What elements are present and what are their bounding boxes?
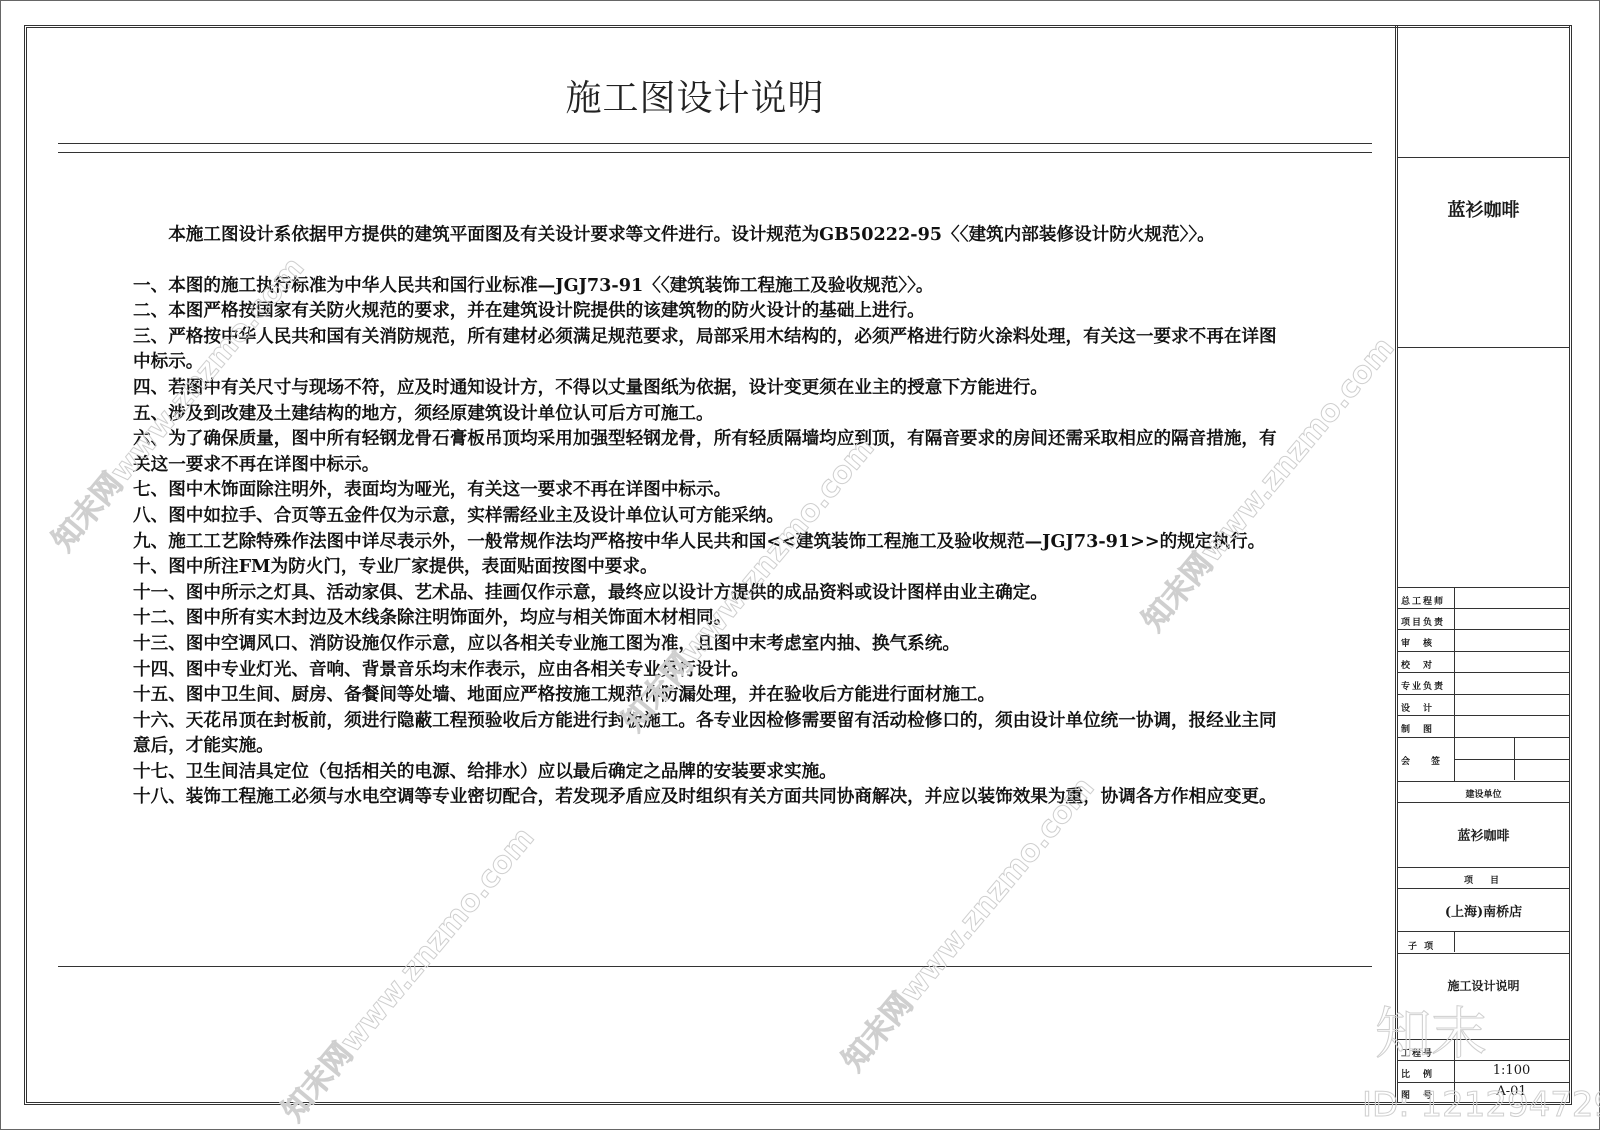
- logo-cell: [1398, 26, 1569, 158]
- title-rule-bottom: [58, 152, 1372, 153]
- title-rule-top: [58, 143, 1372, 144]
- scale-row: 比 例 1:100: [1398, 1061, 1569, 1083]
- note-item: 十三、图中空调风口、消防设施仅作示意，应以各相关专业施工图为准，且图中末考虑室内…: [133, 631, 1283, 657]
- countersign-row: 会 签: [1398, 738, 1569, 782]
- sign-row: 制 图: [1398, 716, 1569, 738]
- note-item: 一、本图的施工执行标准为中华人民共和国行业标准—JGJ73-91〈〈建筑装饰工程…: [133, 273, 1283, 299]
- note-item: 七、图中木饰面除注明外，表面均为哑光，有关这一要求不再在详图中标示。: [133, 477, 1283, 503]
- note-item: 十一、图中所示之灯具、活动家俱、艺术品、挂画仅作示意，最终应以设计方提供的成品资…: [133, 580, 1283, 606]
- construction-unit-label-cell: 建设单位: [1398, 782, 1569, 803]
- intro-paragraph: 本施工图设计系依据甲方提供的建筑平面图及有关设计要求等文件进行。设计规范为GB5…: [133, 222, 1283, 248]
- note-item: 十八、装饰工程施工必须与水电空调等专业密切配合，若发现矛盾应及时组织有关方面共同…: [133, 784, 1283, 810]
- sheet-no-row: 图 号 A-01: [1398, 1083, 1569, 1103]
- note-item: 十二、图中所有实木封边及木线条除注明饰面外，均应与相关饰面木材相同。: [133, 605, 1283, 631]
- note-item: 三、严格按中华人民共和国有关消防规范，所有建材必须满足规范要求，局部采用木结构的…: [133, 324, 1283, 375]
- project-value: (上海)南桥店: [1398, 901, 1569, 920]
- sign-row: 审 核: [1398, 630, 1569, 652]
- note-item: 十五、图中卫生间、厨房、备餐间等处墙、地面应严格按施工规范作防漏处理，并在验收后…: [133, 682, 1283, 708]
- blank-cell: [1398, 348, 1569, 588]
- note-item: 四、若图中有关尺寸与现场不符，应及时通知设计方，不得以丈量图纸为依据，设计变更须…: [133, 375, 1283, 401]
- drawing-title: 施工图设计说明: [0, 70, 1390, 121]
- note-item: 二、本图严格按国家有关防火规范的要求，并在建筑设计院提供的该建筑物的防火设计的基…: [133, 298, 1283, 324]
- note-item: 六、为了确保质量，图中所有轻钢龙骨石膏板吊顶均采用加强型轻钢龙骨，所有轻质隔墙均…: [133, 426, 1283, 477]
- sign-row: 校 对: [1398, 652, 1569, 673]
- drawing-name: 施工设计说明: [1398, 977, 1569, 994]
- design-notes: 本施工图设计系依据甲方提供的建筑平面图及有关设计要求等文件进行。设计规范为GB5…: [133, 222, 1283, 810]
- scale-value: 1:100: [1454, 1063, 1569, 1078]
- note-item: 十六、天花吊顶在封板前，须进行隐蔽工程预验收后方能进行封板施工。各专业因检修需要…: [133, 708, 1283, 759]
- construction-unit-value: 蓝衫咖啡: [1398, 825, 1569, 844]
- note-item: 八、图中如拉手、合页等五金件仅为示意，实样需经业主及设计单位认可方能采纳。: [133, 503, 1283, 529]
- footer-rule: [58, 966, 1372, 967]
- sign-row: 项目负责: [1398, 609, 1569, 630]
- note-item: 九、施工工艺除特殊作法图中详尽表示外，一般常规作法均严格按中华人民共和国<<建筑…: [133, 529, 1283, 555]
- note-item: 五、涉及到改建及土建结构的地方，须经原建筑设计单位认可后方可施工。: [133, 401, 1283, 427]
- sign-row: 专业负责: [1398, 673, 1569, 695]
- construction-unit-cell: 蓝衫咖啡: [1398, 803, 1569, 868]
- note-item: 十四、图中专业灯光、音响、背景音乐均末作表示，应由各相关专业另行设计。: [133, 657, 1283, 683]
- drawing-name-cell: 施工设计说明: [1398, 954, 1569, 1040]
- subitem-cell: 子 项: [1398, 932, 1569, 954]
- project-cell: (上海)南桥店: [1398, 889, 1569, 932]
- project-label-cell: 项 目: [1398, 868, 1569, 889]
- client-cell: 蓝衫咖啡: [1398, 158, 1569, 348]
- title-block: 蓝衫咖啡 总工程师 项目负责 审 核 校 对 专业负责 设 计 制 图 会 签 …: [1395, 26, 1568, 1105]
- note-item: 十、图中所注FM为防火门，专业厂家提供，表面贴面按图中要求。: [133, 554, 1283, 580]
- sign-row: 设 计: [1398, 695, 1569, 716]
- client-name: 蓝衫咖啡: [1398, 196, 1569, 222]
- sheet-no-value: A-01: [1454, 1084, 1569, 1099]
- project-no-row: 工程号: [1398, 1040, 1569, 1061]
- sign-row: 总工程师: [1398, 588, 1569, 609]
- note-item: 十七、卫生间洁具定位（包括相关的电源、给排水）应以最后确定之品牌的安装要求实施。: [133, 759, 1283, 785]
